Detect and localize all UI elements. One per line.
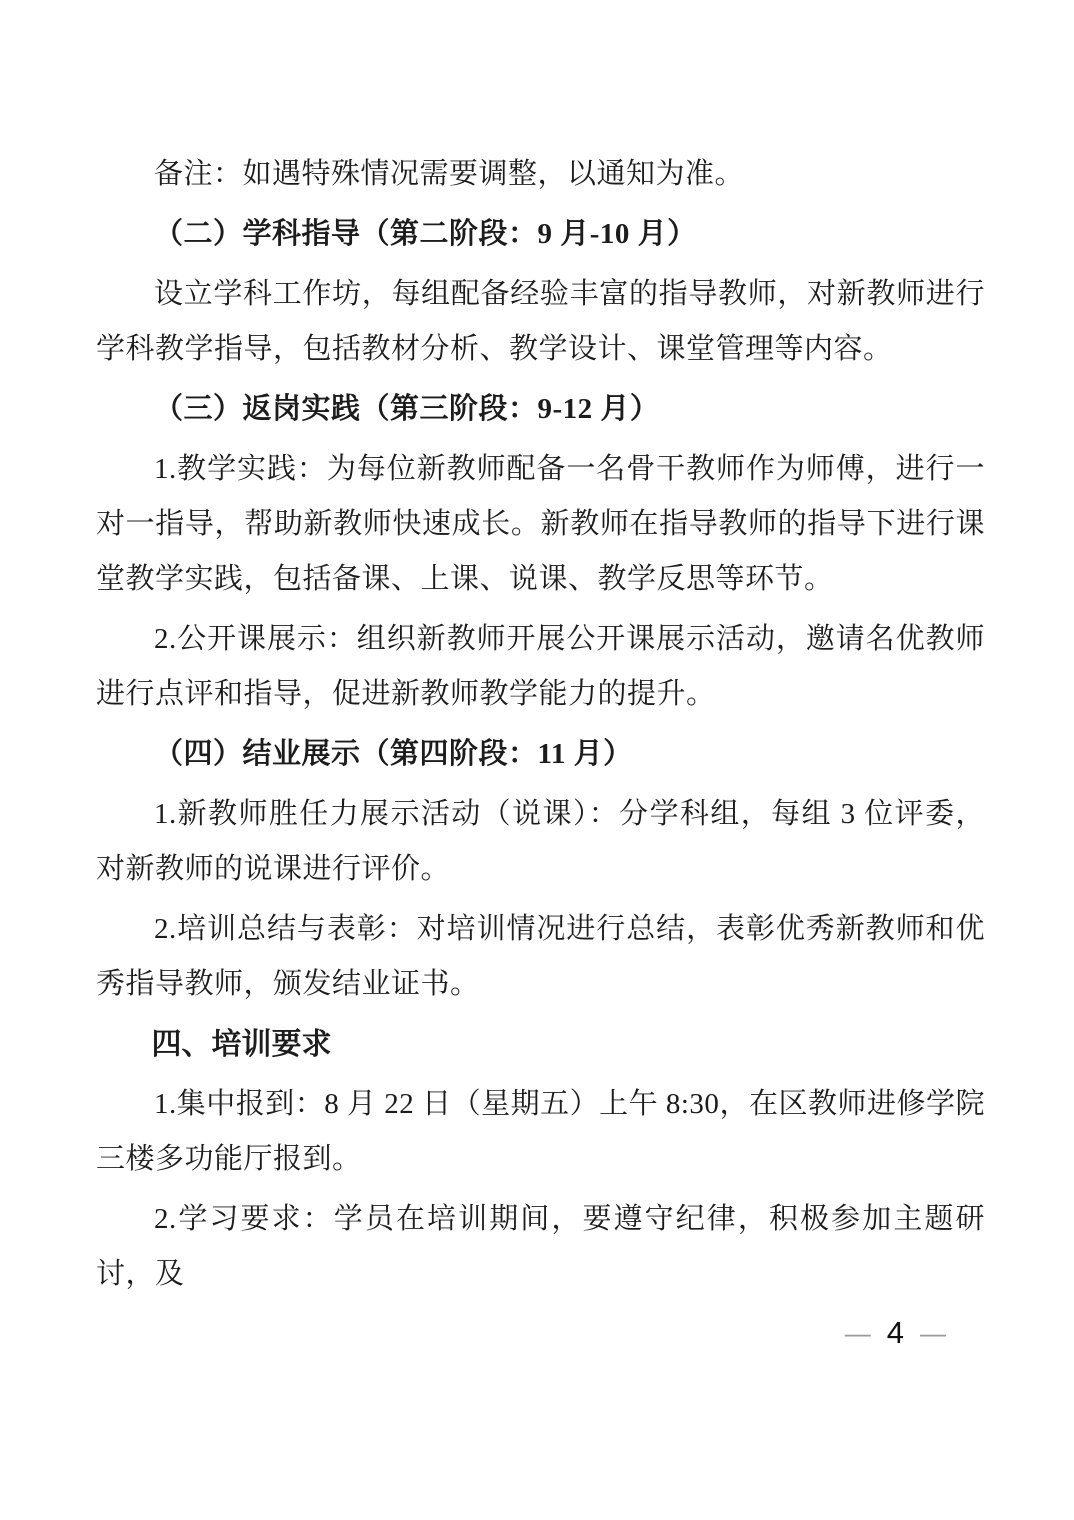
subsection-heading: （二）学科指导（第二阶段：9 月-10 月） xyxy=(96,207,985,262)
subsection-heading: （四）结业展示（第四阶段：11 月） xyxy=(96,727,985,782)
paragraph: 设立学科工作坊，每组配备经验丰富的指导教师，对新教师进行学科教学指导，包括教材分… xyxy=(96,267,985,377)
document-body: 备注：如遇特殊情况需要调整，以通知为准。（二）学科指导（第二阶段：9 月-10 … xyxy=(96,142,985,1307)
page-number-dash-left: — xyxy=(845,1316,871,1350)
paragraph: 2.培训总结与表彰：对培训情况进行总结，表彰优秀新教师和优秀指导教师，颁发结业证… xyxy=(96,902,985,1012)
paragraph: 2.学习要求：学员在培训期间，要遵守纪律，积极参加主题研讨，及 xyxy=(96,1192,985,1302)
paragraph: 备注：如遇特殊情况需要调整，以通知为准。 xyxy=(96,147,985,202)
page-footer: — 4 — xyxy=(845,1316,946,1350)
page-number: 4 xyxy=(887,1316,904,1350)
subsection-heading: （三）返岗实践（第三阶段：9-12 月） xyxy=(96,382,985,437)
document-page: 备注：如遇特殊情况需要调整，以通知为准。（二）学科指导（第二阶段：9 月-10 … xyxy=(0,0,1074,1520)
page-number-dash-right: — xyxy=(920,1316,946,1350)
paragraph: 1.新教师胜任力展示活动（说课）：分学科组，每组 3 位评委，对新教师的说课进行… xyxy=(96,787,985,897)
paragraph: 1.集中报到：8 月 22 日（星期五）上午 8:30，在区教师进修学院三楼多功… xyxy=(96,1077,985,1187)
section-heading: 四、培训要求 xyxy=(96,1017,985,1072)
paragraph: 1.教学实践：为每位新教师配备一名骨干教师作为师傅，进行一对一指导，帮助新教师快… xyxy=(96,442,985,607)
paragraph: 2.公开课展示：组织新教师开展公开课展示活动，邀请名优教师进行点评和指导，促进新… xyxy=(96,612,985,722)
